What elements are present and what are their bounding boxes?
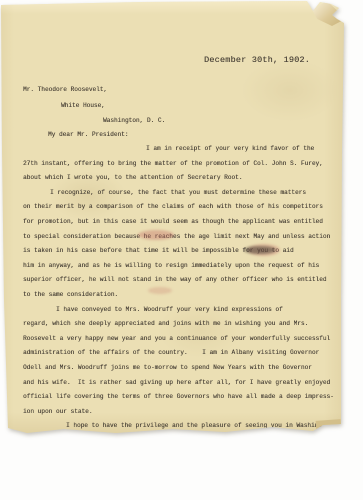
paper-bottom-edge-tab <box>316 419 342 433</box>
body-line: Odell and Mrs. Woodruff joins me to-morr… <box>23 364 312 372</box>
body-line: I have conveyed to Mrs. Woodruff your ve… <box>56 306 283 314</box>
body-line: superior officer, he will not stand in t… <box>23 276 327 284</box>
folded-corner-top-right <box>311 1 346 26</box>
body-line: administration of the affairs of the cou… <box>23 349 319 357</box>
ink-smudge-overstrike <box>244 246 276 254</box>
body-line: I am in receipt of your very kind favor … <box>146 145 314 153</box>
body-line: Roosevelt a very happy new year and you … <box>23 335 330 343</box>
body-line: regard, which she deeply appreciated and… <box>23 320 308 328</box>
body-line: I recognize, of course, the fact that yo… <box>50 189 306 197</box>
letter-paper: December 30th, 1902. Mr. Theodore Roosev… <box>0 0 346 438</box>
body-line: to special consideration because he reac… <box>23 233 330 241</box>
salutation: My dear Mr. President: <box>48 131 128 139</box>
body-line: and his wife. It is rather sad giving up… <box>23 379 330 387</box>
body-line: about which I wrote you, to the attentio… <box>23 174 242 182</box>
letter-date: December 30th, 1902. <box>204 56 310 64</box>
scanned-letter-page: December 30th, 1902. Mr. Theodore Roosev… <box>0 0 363 500</box>
body-line: I hope to have the privilege and the ple… <box>66 422 326 430</box>
body-line: ion upon our state. <box>23 408 92 416</box>
pink-ink-smudge <box>138 230 174 240</box>
body-line: to the same consideration. <box>23 291 118 299</box>
body-line: on their merit by a comparison of the cl… <box>23 203 323 211</box>
body-line: official life covering the terms of thre… <box>23 393 334 401</box>
paper-shadow-wrap: December 30th, 1902. Mr. Theodore Roosev… <box>0 0 346 438</box>
recipient-name: Mr. Theodore Roosevelt, <box>23 86 107 94</box>
recipient-address-line-2: Washington, D. C. <box>103 117 165 125</box>
pink-ink-smudge-faint <box>148 287 172 294</box>
body-line: for promotion, but in this case it would… <box>23 218 323 226</box>
body-line: him in anyway, and as he is willing to r… <box>23 262 319 270</box>
body-line: 27th instant, offering to bring the matt… <box>23 160 323 168</box>
recipient-address-line-1: White House, <box>61 102 105 110</box>
